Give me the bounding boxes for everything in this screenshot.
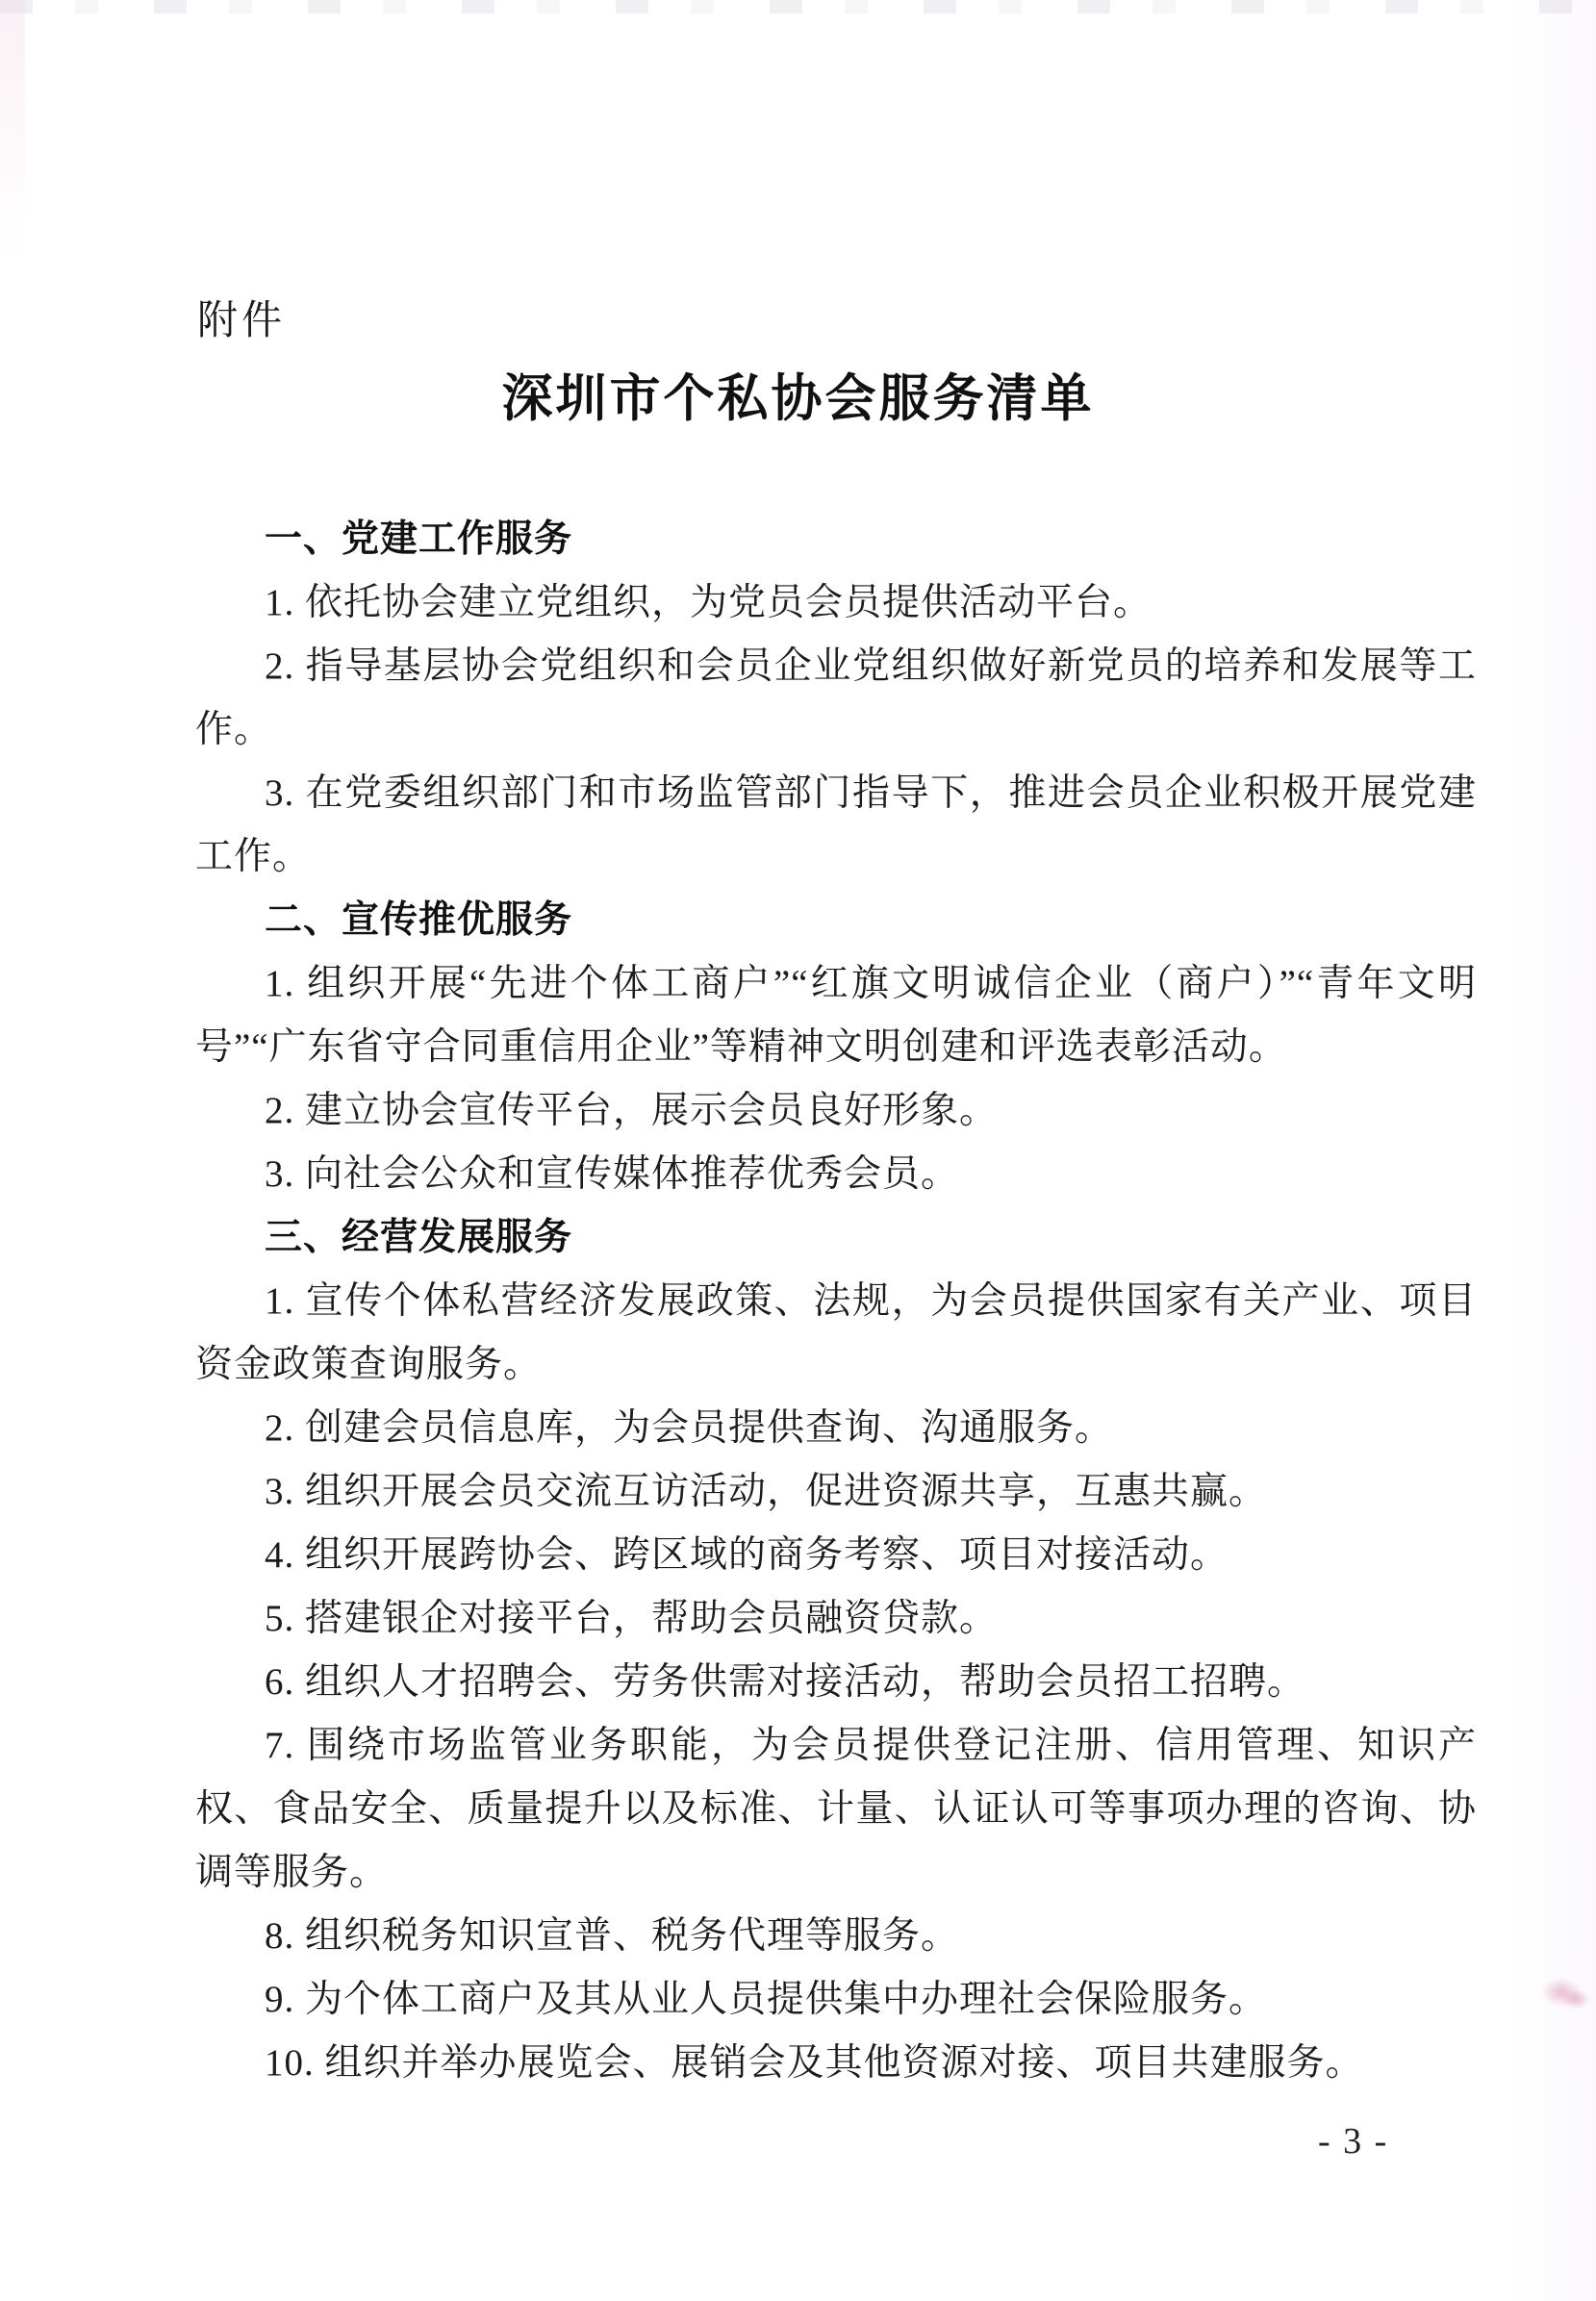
document-body: 一、党建工作服务 1. 依托协会建立党组织，为党员会员提供活动平台。 2. 指导…: [195, 508, 1477, 2095]
list-item: 3. 向社会公众和宣传媒体推荐优秀会员。: [195, 1143, 1477, 1206]
list-item: 8. 组织税务知识宣普、税务代理等服务。: [195, 1905, 1477, 1968]
attachment-label: 附件: [197, 294, 286, 348]
list-item: 1. 宣传个体私营经济发展政策、法规，为会员提供国家有关产业、项目资金政策查询服…: [195, 1270, 1477, 1397]
section-heading-business-development: 三、经营发展服务: [195, 1206, 1477, 1270]
document-page: 附件 深圳市个私协会服务清单 一、党建工作服务 1. 依托协会建立党组织，为党员…: [0, 0, 1596, 2301]
list-item: 1. 依托协会建立党组织，为党员会员提供活动平台。: [195, 571, 1477, 635]
section-heading-publicity-promotion: 二、宣传推优服务: [195, 889, 1477, 952]
list-item: 2. 创建会员信息库，为会员提供查询、沟通服务。: [195, 1397, 1477, 1460]
section-heading-party-building: 一、党建工作服务: [195, 508, 1477, 571]
scan-smudge-pink: [1535, 1968, 1596, 2018]
list-item: 2. 建立协会宣传平台，展示会员良好形象。: [195, 1079, 1477, 1143]
list-item: 5. 搭建银企对接平台，帮助会员融资贷款。: [195, 1587, 1477, 1651]
list-item: 3. 组织开展会员交流互访活动，促进资源共享，互惠共赢。: [195, 1460, 1477, 1524]
list-item: 6. 组织人才招聘会、劳务供需对接活动，帮助会员招工招聘。: [195, 1651, 1477, 1714]
scan-artifact-left-edge: [0, 0, 25, 308]
list-item: 1. 组织开展“先进个体工商户”“红旗文明诚信企业（商户）”“青年文明号”“广东…: [195, 952, 1477, 1079]
document-title: 深圳市个私协会服务清单: [0, 369, 1596, 429]
list-item: 3. 在党委组织部门和市场监管部门指导下，推进会员企业积极开展党建工作。: [195, 762, 1477, 889]
list-item: 7. 围绕市场监管业务职能，为会员提供登记注册、信用管理、知识产权、食品安全、质…: [195, 1714, 1477, 1905]
list-item: 4. 组织开展跨协会、跨区域的商务考察、项目对接活动。: [195, 1524, 1477, 1587]
list-item: 9. 为个体工商户及其从业人员提供集中办理社会保险服务。: [195, 1968, 1477, 2032]
page-number: - 3 -: [1318, 2118, 1388, 2164]
list-item: 2. 指导基层协会党组织和会员企业党组织做好新党员的培养和发展等工作。: [195, 635, 1477, 762]
scan-artifact-top-edge: [0, 0, 1596, 13]
list-item: 10. 组织并举办展览会、展销会及其他资源对接、项目共建服务。: [195, 2032, 1477, 2095]
